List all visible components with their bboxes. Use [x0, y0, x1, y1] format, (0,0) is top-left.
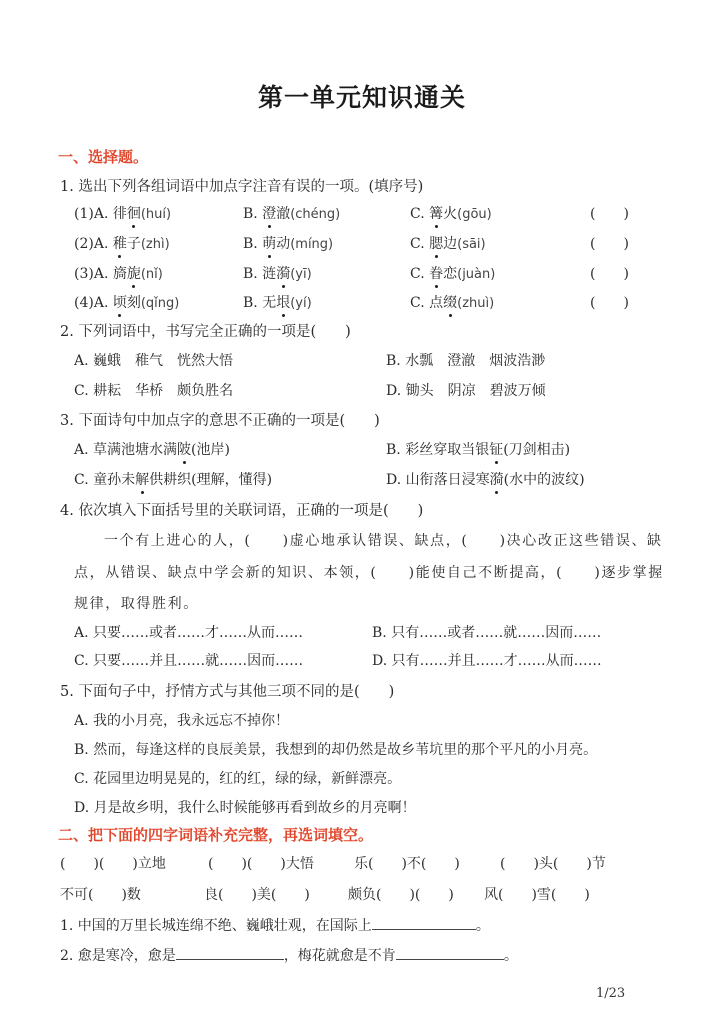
q1-row-2-a: (2)A. 稚子(zhì)	[74, 233, 170, 253]
question-3-stem: 3. 下面诗句中加点字的意思不正确的一项是( )	[60, 409, 380, 430]
fill-sentence-2: 2. 愈是寒冷，愈是，梅花就愈是不肯。	[60, 945, 518, 965]
q5-option-d: D. 月是故乡明，我什么时候能够再看到故乡的月亮啊！	[74, 797, 416, 817]
q4-passage-line-3: 规律，取得胜利。	[74, 593, 199, 613]
idiom-2[interactable]: ( )( )大悟	[208, 853, 314, 873]
question-4-stem: 4. 依次填入下面括号里的关联词语，正确的一项是( )	[60, 499, 423, 520]
q1-row-4-a: (4)A. 顷刻(qǐng)	[74, 292, 179, 312]
q1-row-1-b: B. 澄澈(chéng)	[243, 203, 340, 223]
fill-sentence-1: 1. 中国的万里长城连绵不绝、巍峨壮观，在国际上。	[60, 915, 490, 935]
q1-row-3-c: C. 眷恋(juàn)	[410, 263, 495, 283]
q1-row-2-answer[interactable]: ( )	[590, 233, 629, 253]
q4-passage-line-2: 点，从错误、缺点中学会新的知识、本领，( )能使自己不断提高，( )逐步掌握	[74, 562, 664, 582]
question-5-stem: 5. 下面句子中，抒情方式与其他三项不同的是( )	[60, 680, 394, 701]
q4-option-b: B. 只有……或者……就……因而……	[372, 622, 601, 642]
q2-option-a: A. 巍蛾 稚气 恍然大悟	[74, 350, 233, 370]
q1-row-1-c: C. 篝火(gōu)	[410, 203, 492, 223]
q4-option-a: A. 只要……或者……才……从而……	[74, 622, 303, 642]
question-2-stem: 2. 下列词语中，书写完全正确的一项是( )	[60, 320, 351, 341]
q1-row-2-b: B. 萌动(míng)	[243, 233, 333, 253]
q1-row-1-answer[interactable]: ( )	[590, 203, 629, 223]
fill-blank-1[interactable]	[372, 915, 476, 930]
idiom-8[interactable]: 风( )雪( )	[484, 884, 590, 904]
q4-option-c: C. 只要……并且……就……因而……	[74, 650, 303, 670]
q2-option-d: D. 锄头 阴凉 碧波万倾	[386, 380, 546, 400]
q1-row-3-a: (3)A. 旖旎(nǐ)	[74, 263, 163, 283]
idiom-1[interactable]: ( )( )立地	[60, 853, 166, 873]
q4-passage-line-1: 一个有上进心的人，( )虚心地承认错误、缺点，( )决心改正这些错误、缺	[104, 530, 663, 550]
idiom-6[interactable]: 良( )美( )	[204, 884, 310, 904]
q5-option-c: C. 花园里边明晃晃的，红的红，绿的绿，新鲜漂亮。	[74, 768, 401, 788]
q1-row-4-answer[interactable]: ( )	[590, 292, 629, 312]
q3-option-b: B. 彩丝穿取当银钲(刀剑相击)	[386, 439, 570, 459]
section-heading-choice: 一、选择题。	[58, 146, 148, 167]
q5-option-b: B. 然而，每逢这样的良辰美景，我想到的却仍然是故乡苇坑里的那个平凡的小月亮。	[74, 739, 597, 759]
section-heading-fill: 二、把下面的四字词语补充完整，再选词填空。	[58, 824, 373, 845]
idiom-7[interactable]: 颇负( )( )	[348, 884, 454, 904]
q1-row-2-c: C. 腮边(sāi)	[410, 233, 486, 253]
idiom-3[interactable]: 乐( )不( )	[354, 853, 460, 873]
q4-option-d: D. 只有……并且……才……从而……	[372, 650, 602, 670]
page-number: 1/23	[596, 986, 625, 1001]
q3-option-a: A. 草满池塘水满陂(池岸)	[74, 439, 230, 459]
fill-blank-3[interactable]	[396, 945, 504, 960]
q2-option-c: C. 耕耘 华桥 颇负胜名	[74, 380, 233, 400]
q1-row-4-b: B. 无垠(yí)	[243, 292, 312, 312]
fill-blank-2[interactable]	[176, 945, 284, 960]
idiom-4[interactable]: ( )头( )节	[500, 853, 606, 873]
q1-row-1-a: (1)A. 徘徊(huí)	[74, 203, 171, 223]
q3-option-d: D. 山衔落日浸寒漪(水中的波纹)	[386, 469, 585, 489]
q1-row-3-answer[interactable]: ( )	[590, 263, 629, 283]
page-title: 第一单元知识通关	[0, 78, 724, 114]
idiom-5[interactable]: 不可( )数	[60, 884, 141, 904]
q3-option-c: C. 童孙未解供耕织(理解，懂得)	[74, 469, 272, 489]
q2-option-b: B. 水瓢 澄澈 烟波浩渺	[386, 350, 545, 370]
q5-option-a: A. 我的小月亮，我永远忘不掉你！	[74, 710, 289, 730]
q1-row-4-c: C. 点缀(zhuì)	[410, 292, 494, 312]
q1-row-3-b: B. 涟漪(yī)	[243, 263, 312, 283]
question-1-stem: 1. 选出下列各组词语中加点字注音有误的一项。(填序号)	[60, 175, 423, 196]
